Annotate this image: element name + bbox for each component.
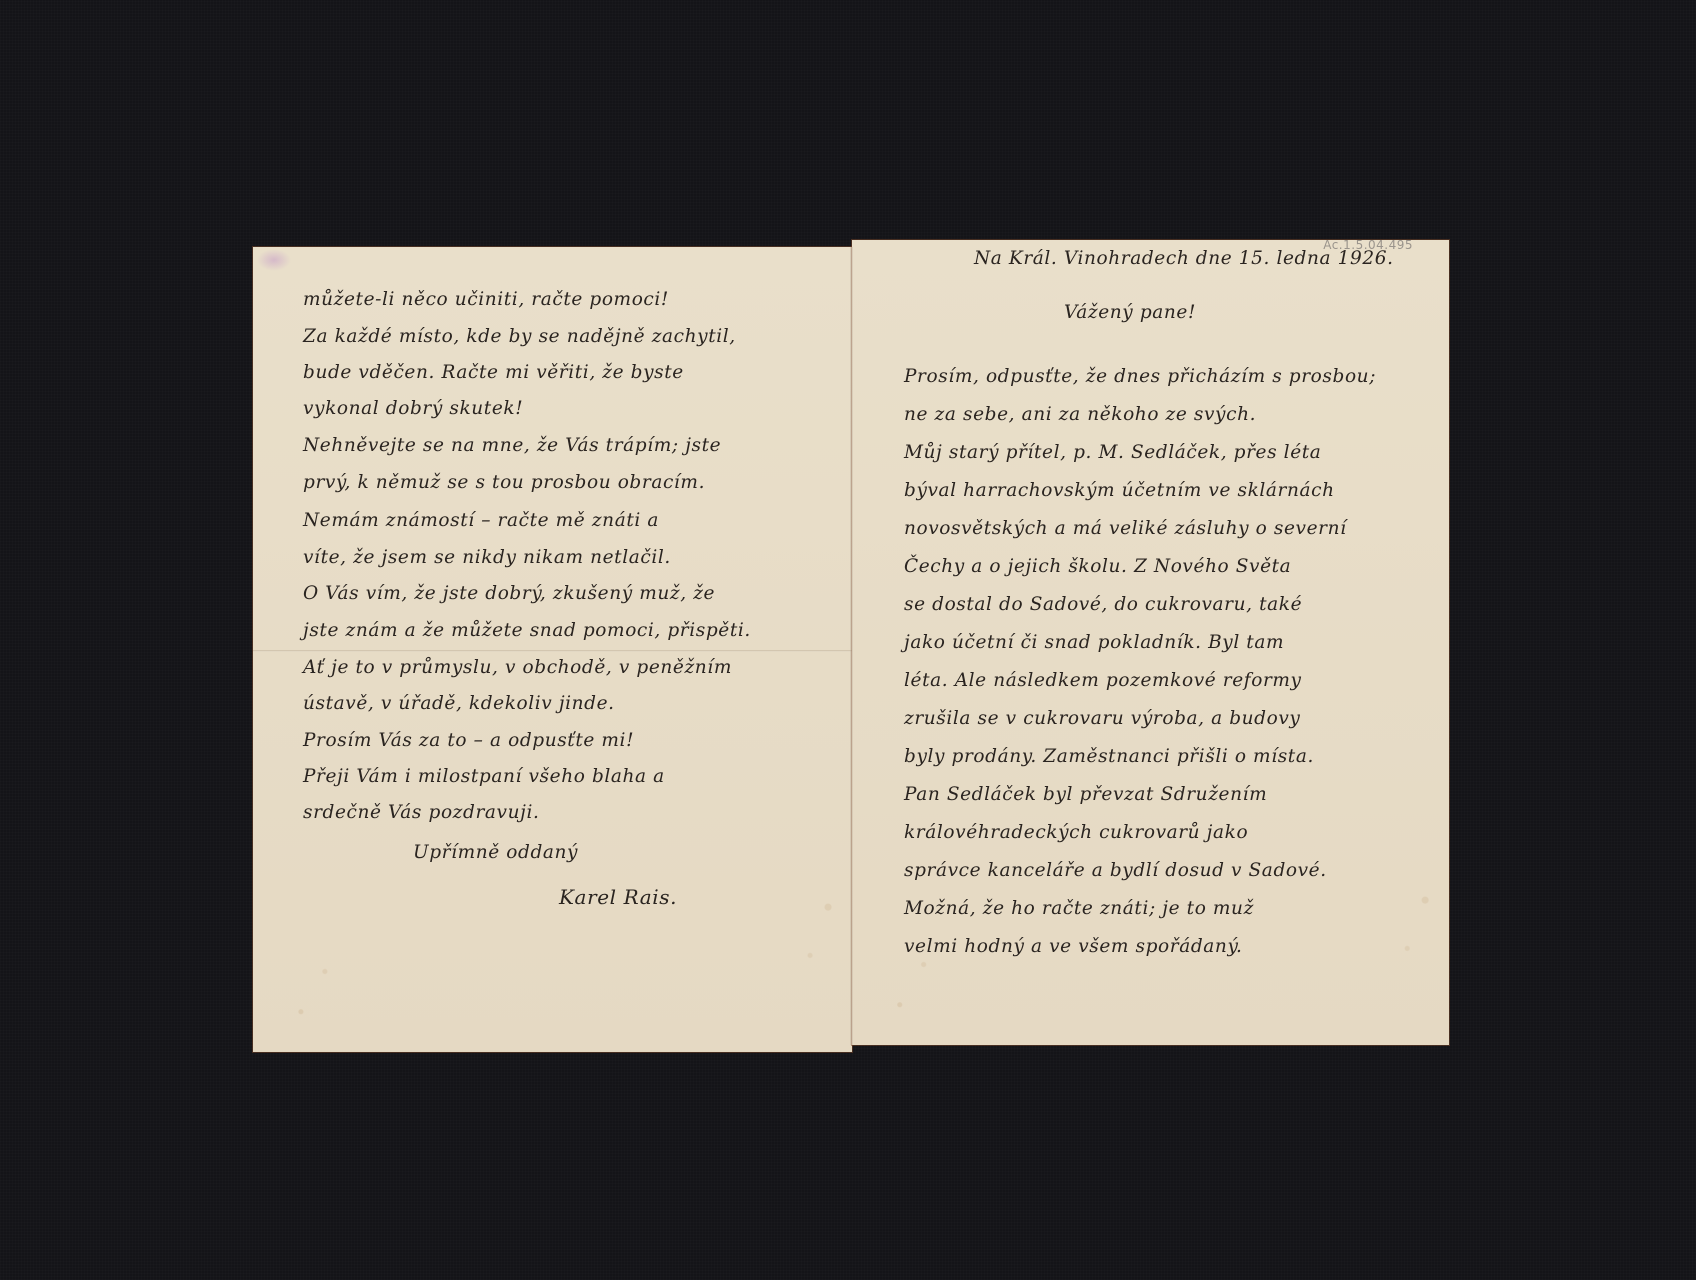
text-line: Můj starý přítel, p. M. Sedláček, přes l… xyxy=(904,442,1321,463)
text-line: Možná, že ho račte znáti; je to muž xyxy=(904,898,1254,919)
signature: Karel Rais. xyxy=(559,885,677,909)
right-page: Ac.1.5.04.495 Na Král. Vinohradech dne 1… xyxy=(852,240,1449,1045)
closing: Upřímně oddaný xyxy=(413,842,578,863)
place-date: Na Král. Vinohradech dne 15. ledna 1926. xyxy=(974,248,1394,269)
text-line: novosvětských a má veliké zásluhy o seve… xyxy=(904,518,1347,539)
text-line: můžete-li něco učiniti, račte pomoci! xyxy=(303,289,669,310)
text-line: ústavě, v úřadě, kdekoliv jinde. xyxy=(303,693,615,714)
corner-stain xyxy=(257,249,291,271)
text-line: víte, že jsem se nikdy nikam netlačil. xyxy=(303,547,671,568)
text-line: se dostal do Sadové, do cukrovaru, také xyxy=(904,594,1302,615)
text-line: správce kanceláře a bydlí dosud v Sadové… xyxy=(904,860,1327,881)
text-line: jste znám a že můžete snad pomoci, přisp… xyxy=(303,620,751,641)
text-line: byly prodány. Zaměstnanci přišli o místa… xyxy=(904,746,1314,767)
text-line: Nehněvejte se na mne, že Vás trápím; jst… xyxy=(303,435,721,456)
text-line: královéhradeckých cukrovarů jako xyxy=(904,822,1248,843)
text-line: léta. Ale následkem pozemkové reformy xyxy=(904,670,1302,691)
text-line: Prosím, odpusťte, že dnes přicházím s pr… xyxy=(904,366,1376,387)
text-line: jako účetní či snad pokladník. Byl tam xyxy=(904,632,1284,653)
text-line: Ať je to v průmyslu, v obchodě, v peněžn… xyxy=(303,657,732,678)
letter-sheet: můžete-li něco učiniti, račte pomoci! Za… xyxy=(253,240,1449,1052)
salutation: Vážený pane! xyxy=(1064,302,1196,323)
text-line: býval harrachovským účetním ve sklárnách xyxy=(904,480,1335,501)
text-line: Přeji Vám i milostpaní všeho blaha a xyxy=(303,766,665,787)
left-page: můžete-li něco učiniti, račte pomoci! Za… xyxy=(253,247,852,1052)
text-line: bude vděčen. Račte mi věřiti, že byste xyxy=(303,362,684,383)
text-line: Čechy a o jejich školu. Z Nového Světa xyxy=(904,556,1291,577)
center-fold xyxy=(850,247,853,1045)
text-line: Prosím Vás za to – a odpusťte mi! xyxy=(303,730,634,751)
text-line: Pan Sedláček byl převzat Sdružením xyxy=(904,784,1267,805)
text-line: O Vás vím, že jste dobrý, zkušený muž, ž… xyxy=(303,583,715,604)
horizontal-fold xyxy=(253,650,852,652)
text-line: Za každé místo, kde by se nadějně zachyt… xyxy=(303,326,736,347)
text-line: Nemám známostí – račte mě znáti a xyxy=(303,510,659,531)
text-line: srdečně Vás pozdravuji. xyxy=(303,802,539,823)
text-line: vykonal dobrý skutek! xyxy=(303,398,523,419)
text-line: zrušila se v cukrovaru výroba, a budovy xyxy=(904,708,1300,729)
text-line: prvý, k němuž se s tou prosbou obracím. xyxy=(303,472,705,493)
text-line: ne za sebe, ani za někoho ze svých. xyxy=(904,404,1256,425)
text-line: velmi hodný a ve všem spořádaný. xyxy=(904,936,1243,957)
